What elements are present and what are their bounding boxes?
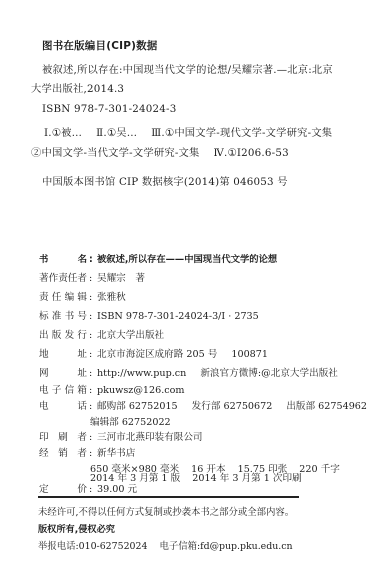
field-value: 39.00 元 bbox=[97, 483, 137, 497]
field-value: http://www.pup.cn新浪官方微博:@北京大学出版社 bbox=[97, 367, 338, 381]
colophon-standard-number: 标准书号:ISBN 978-7-301-24024-3/I · 2735 bbox=[39, 310, 259, 324]
field-value: 吴耀宗 著 bbox=[97, 272, 145, 286]
classification-item: Ⅳ.①I206.6-53 bbox=[214, 147, 289, 159]
field-value: 邮购部 62752015发行部 62750672出版部 62754962 bbox=[97, 400, 367, 414]
field-value: ISBN 978-7-301-24024-3/I · 2735 bbox=[97, 310, 259, 324]
field-label: 书名 bbox=[39, 253, 89, 267]
weibo-handle: 新浪官方微博:@北京大学出版社 bbox=[200, 368, 338, 379]
field-label: 电子信箱 bbox=[39, 384, 89, 398]
postal-code: 100871 bbox=[231, 349, 268, 360]
report-email: 电子信箱:fd@pup.pku.edu.cn bbox=[159, 541, 292, 552]
field-label: 地址 bbox=[39, 348, 89, 362]
report-phone: 举报电话:010-62752024 bbox=[38, 541, 147, 552]
colophon-publisher: 出版发行:北京大学出版社 bbox=[39, 329, 164, 343]
field-label: 电话 bbox=[39, 400, 89, 414]
field-label: 经销者 bbox=[39, 447, 89, 461]
copyright-notice: 未经许可,不得以任何方式复制或抄袭本书之部分或全部内容。 bbox=[38, 506, 294, 520]
field-label: 印刷者 bbox=[39, 431, 89, 445]
rights-reserved: 版权所有,侵权必究 bbox=[38, 523, 115, 537]
field-label: 标准书号 bbox=[39, 310, 89, 324]
report-contact: 举报电话:010-62752024电子信箱:fd@pup.pku.edu.cn bbox=[38, 540, 293, 554]
classification-item: Ⅲ.①中国文学-现代文学-文学研究-文集 bbox=[151, 127, 332, 139]
field-value: 北京大学出版社 bbox=[97, 329, 164, 343]
field-label: 责任编辑 bbox=[39, 291, 89, 305]
colophon-phone-line-2: 编辑部 62752022 bbox=[90, 416, 171, 430]
colophon-editor: 责任编辑:张雅秋 bbox=[39, 291, 126, 305]
colophon-distributor: 经销者:新华书店 bbox=[39, 447, 135, 461]
field-value: pkuwsz@126.com bbox=[97, 384, 185, 398]
classification-item: Ⅰ.①被… bbox=[44, 127, 82, 139]
colophon-phone: 电话:邮购部 62752015发行部 62750672出版部 62754962 bbox=[39, 400, 367, 414]
cip-number: 中国版本图书馆 CIP 数据核字(2014)第 046053 号 bbox=[42, 175, 288, 189]
field-value: 三河市北燕印装有限公司 bbox=[97, 431, 203, 445]
cip-heading: 图书在版编目(CIP)数据 bbox=[42, 39, 158, 53]
cip-classification-line-1: Ⅰ.①被…Ⅱ.①吴…Ⅲ.①中国文学-现代文学-文学研究-文集 bbox=[44, 126, 332, 140]
colophon-website: 网址:http://www.pup.cn新浪官方微博:@北京大学出版社 bbox=[39, 367, 338, 381]
cip-isbn: ISBN 978-7-301-24024-3 bbox=[42, 102, 176, 116]
colophon-price: 定价:39.00 元 bbox=[39, 483, 137, 497]
classification-item: Ⅱ.①吴… bbox=[96, 127, 137, 139]
field-label: 著作责任者 bbox=[39, 272, 89, 286]
colophon-author: 著作责任者:吴耀宗 著 bbox=[39, 272, 145, 286]
field-label: 网址 bbox=[39, 367, 89, 381]
colophon-email: 电子信箱:pkuwsz@126.com bbox=[39, 384, 185, 398]
field-value: 北京市海淀区成府路 205 号100871 bbox=[97, 348, 268, 362]
field-label: 出版发行 bbox=[39, 329, 89, 343]
divider-rule bbox=[38, 496, 299, 498]
field-value: 被叙述,所以存在——中国现当代文学的论想 bbox=[97, 253, 277, 267]
field-value: 新华书店 bbox=[97, 447, 135, 461]
field-label: 定价 bbox=[39, 483, 89, 497]
copyright-page: 图书在版编目(CIP)数据 被叙述,所以存在:中国现当代文学的论想/吴耀宗著.—… bbox=[0, 0, 375, 575]
website-url: http://www.pup.cn bbox=[97, 368, 186, 379]
cip-classification-line-2: ②中国文学-当代文学-文学研究-文集Ⅳ.①I206.6-53 bbox=[31, 146, 289, 160]
cip-record-line-1: 被叙述,所以存在:中国现当代文学的论想/吴耀宗著.—北京:北京 bbox=[42, 63, 333, 77]
field-value: 张雅秋 bbox=[97, 291, 126, 305]
colophon-book-title: 书名:被叙述,所以存在——中国现当代文学的论想 bbox=[39, 253, 277, 267]
classification-item: ②中国文学-当代文学-文学研究-文集 bbox=[31, 147, 200, 159]
cip-record-line-2: 大学出版社,2014.3 bbox=[31, 82, 124, 96]
colophon-address: 地址:北京市海淀区成府路 205 号100871 bbox=[39, 348, 268, 362]
colophon-printer: 印刷者:三河市北燕印装有限公司 bbox=[39, 431, 203, 445]
